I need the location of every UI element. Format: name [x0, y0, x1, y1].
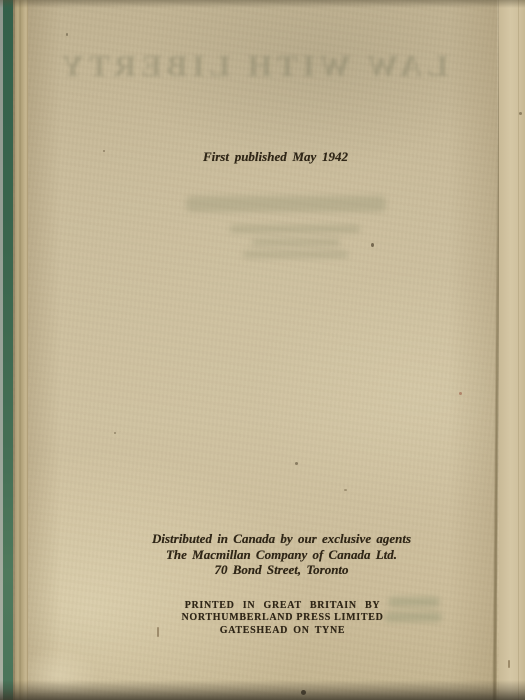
showthrough-small-line	[230, 225, 360, 233]
paper-speck	[66, 33, 68, 36]
paper-speck	[114, 432, 116, 434]
printer-line: GATESHEAD ON TYNE	[20, 625, 525, 637]
green-cover-edge	[3, 0, 13, 700]
printer-line: NORTHUMBERLAND PRESS LIMITED	[20, 612, 525, 624]
paper-grain-texture	[0, 0, 525, 700]
showthrough-title-text: LAW WITH LIBERTY	[68, 48, 448, 84]
distribution-line: 70 Bond Street, Toronto	[19, 562, 525, 578]
printer-notice: PRINTED IN GREAT BRITAIN BY NORTHUMBERLA…	[20, 600, 525, 637]
printer-line: PRINTED IN GREAT BRITAIN BY	[20, 600, 525, 612]
showthrough-small-line	[243, 251, 348, 258]
bottom-edge-shadow	[0, 680, 525, 700]
book-photo: LAW WITH LIBERTY First published May 194…	[0, 0, 525, 700]
showthrough-small-line	[252, 239, 340, 246]
page-curl-shading	[448, 0, 497, 700]
next-page-edge	[499, 0, 525, 700]
distribution-notice: Distributed in Canada by our exclusive a…	[19, 531, 525, 578]
paper-speck	[371, 243, 374, 247]
page-crease	[19, 0, 21, 700]
paper-speck	[344, 489, 347, 491]
gutter-shadow	[27, 0, 61, 700]
next-page-edge-line	[518, 0, 519, 700]
paper-speck	[295, 462, 298, 465]
paper-fibre	[508, 660, 510, 668]
paper-fibre	[157, 627, 159, 637]
top-edge-shadow	[0, 0, 525, 8]
paper-speck	[519, 112, 522, 115]
distribution-line: The Macmillan Company of Canada Ltd.	[19, 547, 525, 563]
distribution-line: Distributed in Canada by our exclusive a…	[19, 531, 525, 547]
paper-speck	[459, 392, 462, 395]
paper-speck	[103, 150, 105, 152]
showthrough-author-line	[186, 196, 386, 212]
edition-notice: First published May 1942	[13, 149, 525, 165]
